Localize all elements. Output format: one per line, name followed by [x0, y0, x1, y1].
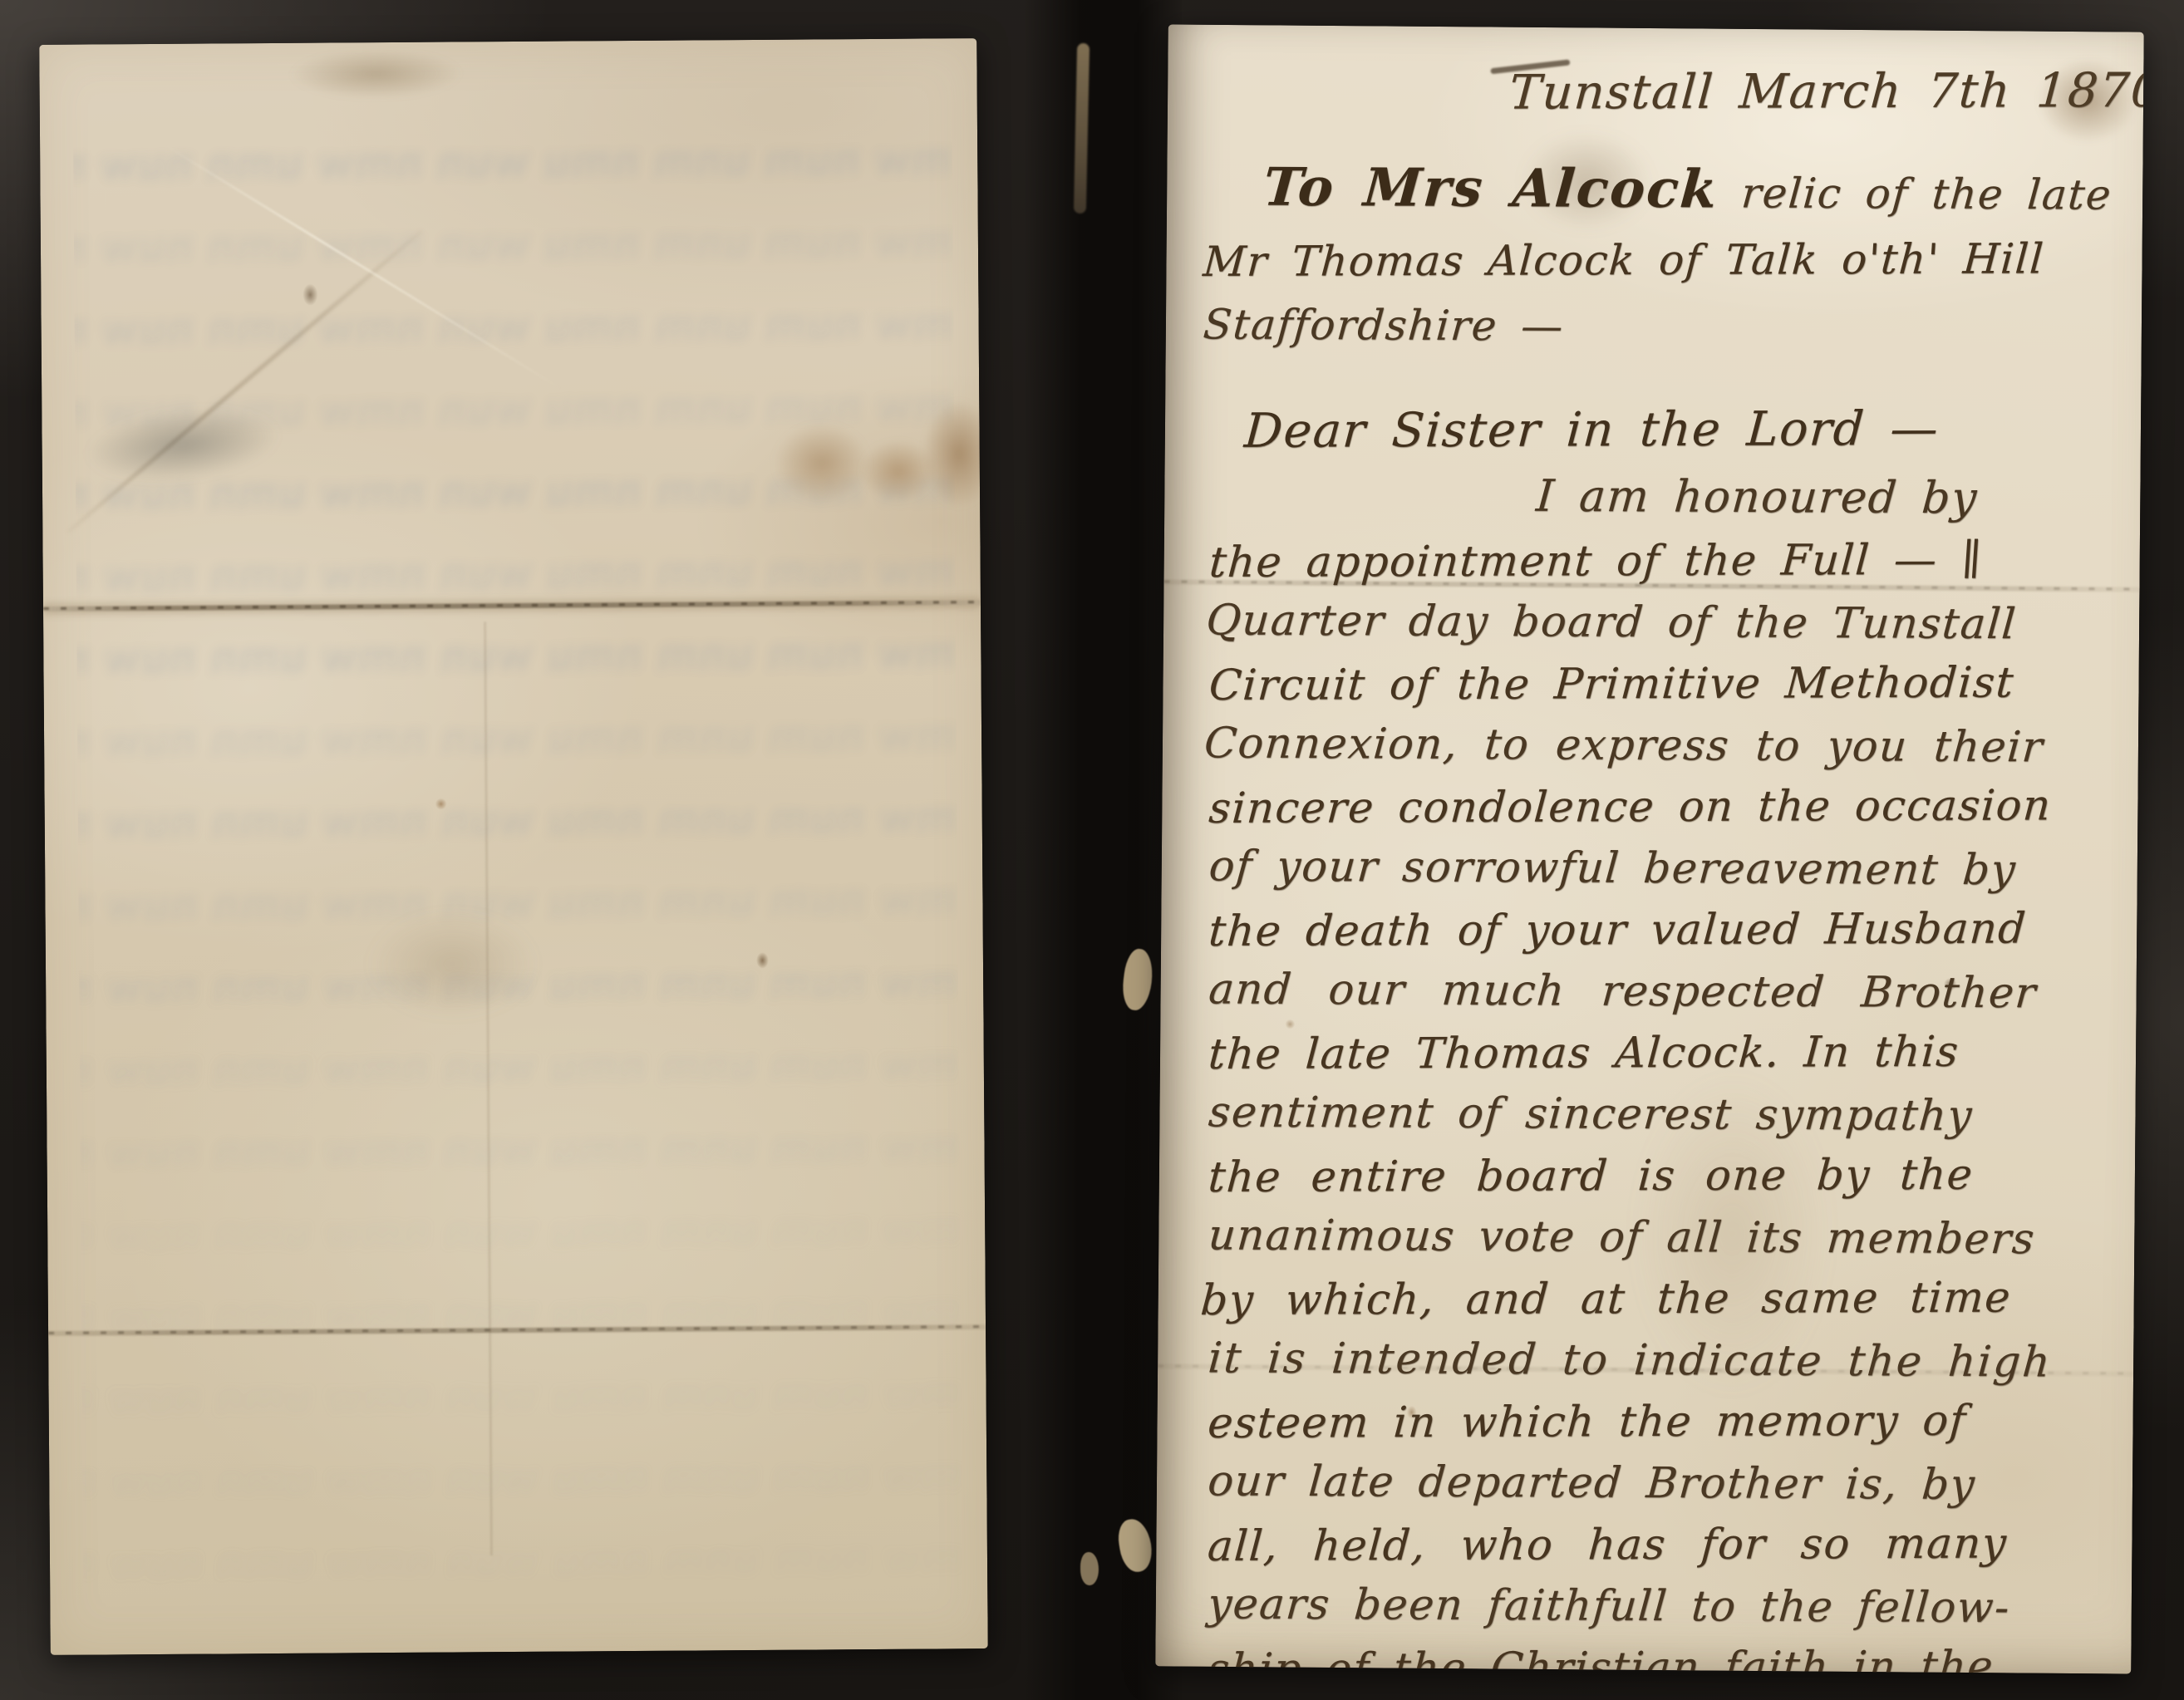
- handwritten-line: the appointment of the Full — ∥: [1208, 529, 2112, 594]
- showthrough-row: mw num unm nmu wun nmw umn nuw mnu wnm u…: [109, 1105, 962, 1193]
- address-line: Staffordshire —: [1202, 291, 2113, 361]
- handwritten-line: Quarter day board of the Tunstall: [1203, 590, 2112, 656]
- showthrough-row: mw num unm nmu wun nmw umn nuw mnu wnm u…: [101, 200, 959, 288]
- photographed-letter: mw num unm nmu wun nmw umn nuw mnu wnm u…: [0, 0, 2184, 1700]
- address-line-rest: relic of the late: [1739, 169, 2113, 219]
- showthrough-row: mw num unm nmu wun nmw umn nuw mnu wnm u…: [133, 1516, 963, 1604]
- handwritten-line: it is intended to indicate the high: [1206, 1328, 2110, 1393]
- handwritten-line: of your sorrowful bereavement by: [1207, 836, 2111, 902]
- showthrough-row: mw num unm nmu wun nmw umn nuw mnu wnm u…: [144, 1187, 963, 1275]
- showthrough-row: mw num unm nmu wun nmw umn nuw mnu wnm u…: [136, 283, 960, 371]
- showthrough-row: mw num unm nmu wun nmw umn nuw mnu wnm u…: [98, 1434, 963, 1522]
- showthrough-row: mw num unm nmu wun nmw umn nuw mnu wnm u…: [125, 612, 962, 700]
- address-line: Mr Thomas Alcock of Talk o'th' Hill: [1202, 225, 2113, 295]
- showthrough-row: mw num unm nmu wun nmw umn nuw mnu wnm u…: [74, 1023, 962, 1111]
- dateline: Tunstall March 7th 1870: [1507, 51, 2113, 133]
- handwritten-line: Circuit of the Primitive Methodist: [1208, 652, 2112, 717]
- letter-page-left-blank: mw num unm nmu wun nmw umn nuw mnu wnm u…: [39, 38, 988, 1655]
- handwritten-line: the entire board is one by the: [1207, 1144, 2111, 1209]
- stain: [288, 48, 463, 99]
- stain: [435, 798, 447, 810]
- showthrough-row: mw num unm nmu wun nmw umn nuw mnu wnm u…: [73, 118, 959, 206]
- handwritten-line: ship of the Christian faith in the: [1206, 1636, 2110, 1673]
- showthrough-row: mw num unm nmu wun nmw umn nuw mnu wnm u…: [120, 776, 962, 864]
- stain: [303, 284, 317, 306]
- handwritten-letter-text: Tunstall March 7th 1870 To Mrs Alcock re…: [1197, 51, 2110, 1673]
- handwritten-line: by which, and at the same time: [1199, 1267, 2111, 1332]
- address-line: To Mrs Alcock relic of the late: [1261, 153, 2113, 229]
- showthrough-row: mw num unm nmu wun nmw umn nuw mnu wnm u…: [86, 694, 963, 782]
- handwritten-line: the death of your valued Husband: [1207, 898, 2111, 963]
- handwritten-line: years been faithfull to the fellow-: [1206, 1574, 2110, 1639]
- handwritten-line: all, held, who has for so many: [1206, 1513, 2110, 1578]
- handwritten-line: our late departed Brother is, by: [1206, 1451, 2110, 1516]
- ink-showthrough: mw num unm nmu wun nmw umn nuw mnu wnm u…: [73, 118, 963, 1621]
- handwritten-line: the late Thomas Alcock. In this: [1207, 1021, 2111, 1086]
- handwritten-line: sentiment of sincerest sympathy: [1207, 1082, 2111, 1147]
- opening-line: I am honoured by: [1533, 464, 2112, 533]
- showthrough-row: mw num unm nmu wun nmw umn nuw mnu wnm u…: [138, 1352, 962, 1440]
- handwritten-line: unanimous vote of all its members: [1206, 1205, 2110, 1270]
- handwritten-line: and our much respected Brother: [1207, 959, 2111, 1024]
- salutation: Dear Sister in the Lord —: [1242, 393, 2113, 466]
- addressee-name: To Mrs Alcock: [1261, 156, 1720, 220]
- stain: [756, 952, 769, 969]
- showthrough-row: mw num unm nmu wun nmw umn nuw mnu wnm u…: [103, 1270, 962, 1358]
- paper-chip: [1080, 1552, 1099, 1585]
- handwritten-line: esteem in which the memory of: [1206, 1390, 2110, 1455]
- handwritten-line: sincere condolence on the occasion: [1207, 775, 2111, 840]
- letter-page-right: Tunstall March 7th 1870 To Mrs Alcock re…: [1155, 24, 2143, 1673]
- handwritten-line: Connexion, to express to you their: [1202, 713, 2112, 779]
